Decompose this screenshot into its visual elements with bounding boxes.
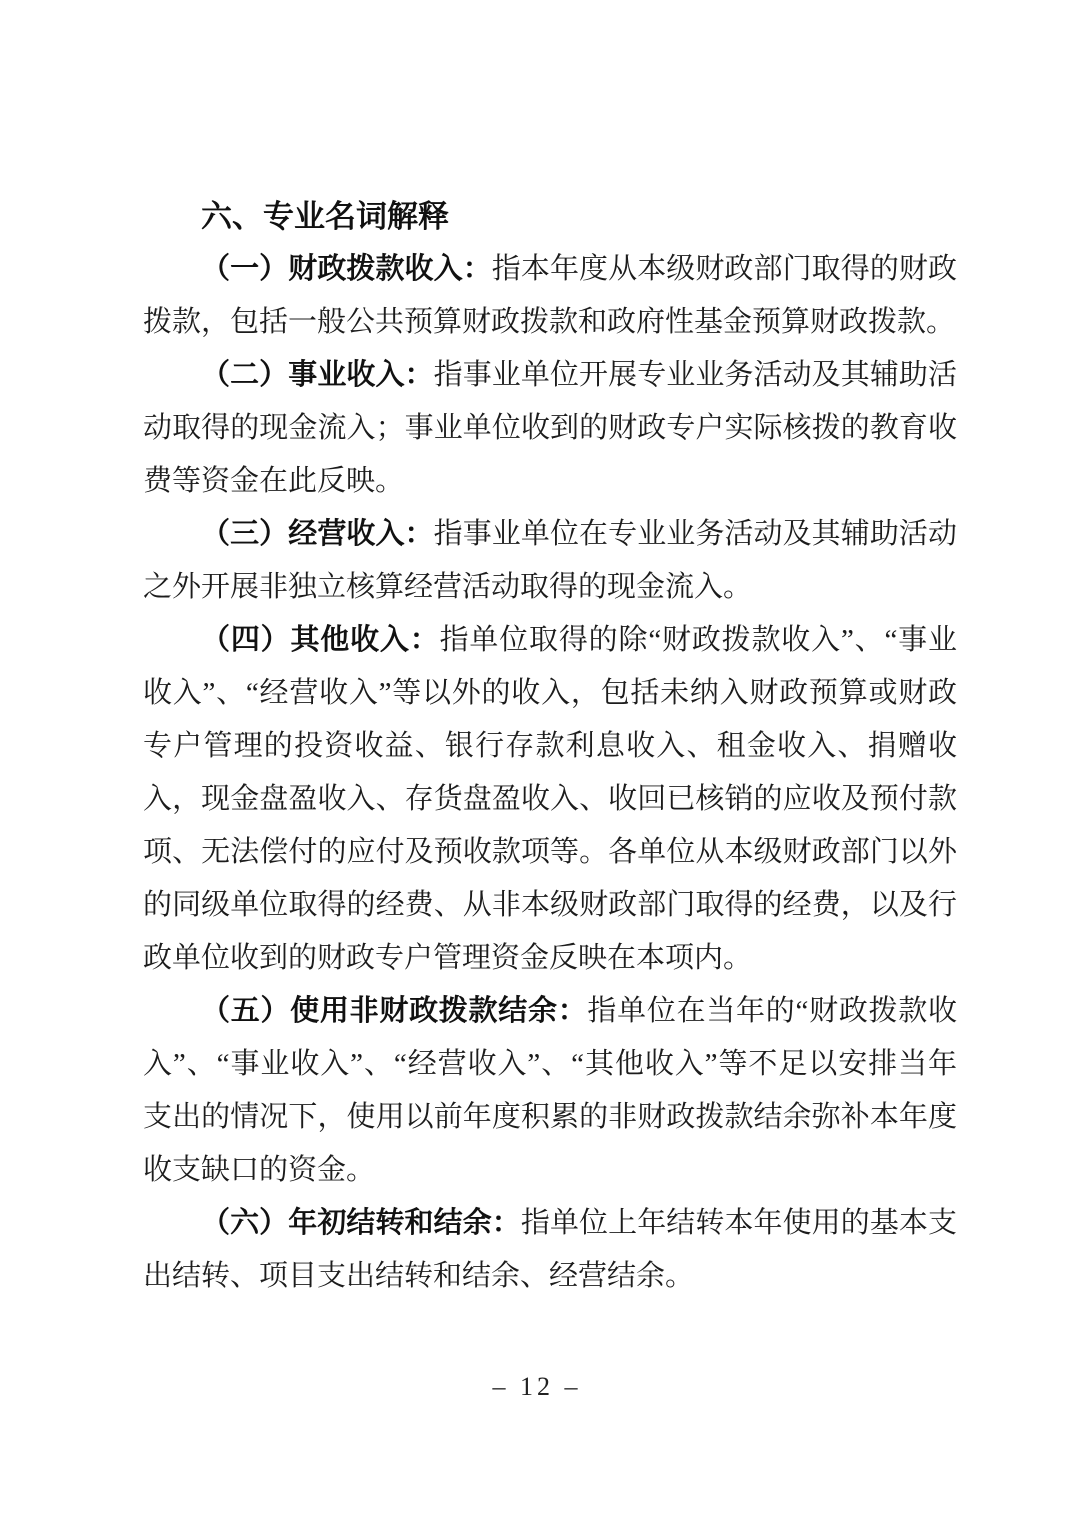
term-label: （二）事业收入：	[201, 359, 434, 391]
section-heading: 六、专业名词解释	[143, 190, 957, 243]
definition-paragraph: （四）其他收入：指单位取得的除“财政拨款收入”、“事业收入”、“经营收入”等以外…	[143, 614, 957, 985]
definition-paragraph: （五）使用非财政拨款结余：指单位在当年的“财政拨款收入”、“事业收入”、“经营收…	[143, 985, 957, 1197]
page-body: 六、专业名词解释 （一）财政拨款收入：指本年度从本级财政部门取得的财政拨款，包括…	[143, 190, 957, 1303]
definition-paragraph: （二）事业收入：指事业单位开展专业业务活动及其辅助活动取得的现金流入；事业单位收…	[143, 349, 957, 508]
term-label: （五）使用非财政拨款结余：	[201, 995, 587, 1027]
definition-paragraph: （一）财政拨款收入：指本年度从本级财政部门取得的财政拨款，包括一般公共预算财政拨…	[143, 243, 957, 349]
document-page: 六、专业名词解释 （一）财政拨款收入：指本年度从本级财政部门取得的财政拨款，包括…	[0, 0, 1074, 1520]
definition-paragraph: （三）经营收入：指事业单位在专业业务活动及其辅助活动之外开展非独立核算经营活动取…	[143, 508, 957, 614]
page-number: – 12 –	[0, 1372, 1074, 1402]
term-label: （三）经营收入：	[201, 518, 434, 550]
definition-paragraph: （六）年初结转和结余：指单位上年结转本年使用的基本支出结转、项目支出结转和结余、…	[143, 1197, 957, 1303]
term-label: （一）财政拨款收入：	[201, 253, 492, 285]
term-definition: 指单位取得的除“财政拨款收入”、“事业收入”、“经营收入”等以外的收入，包括未纳…	[143, 624, 957, 974]
term-label: （四）其他收入：	[201, 624, 440, 656]
term-label: （六）年初结转和结余：	[201, 1207, 521, 1239]
